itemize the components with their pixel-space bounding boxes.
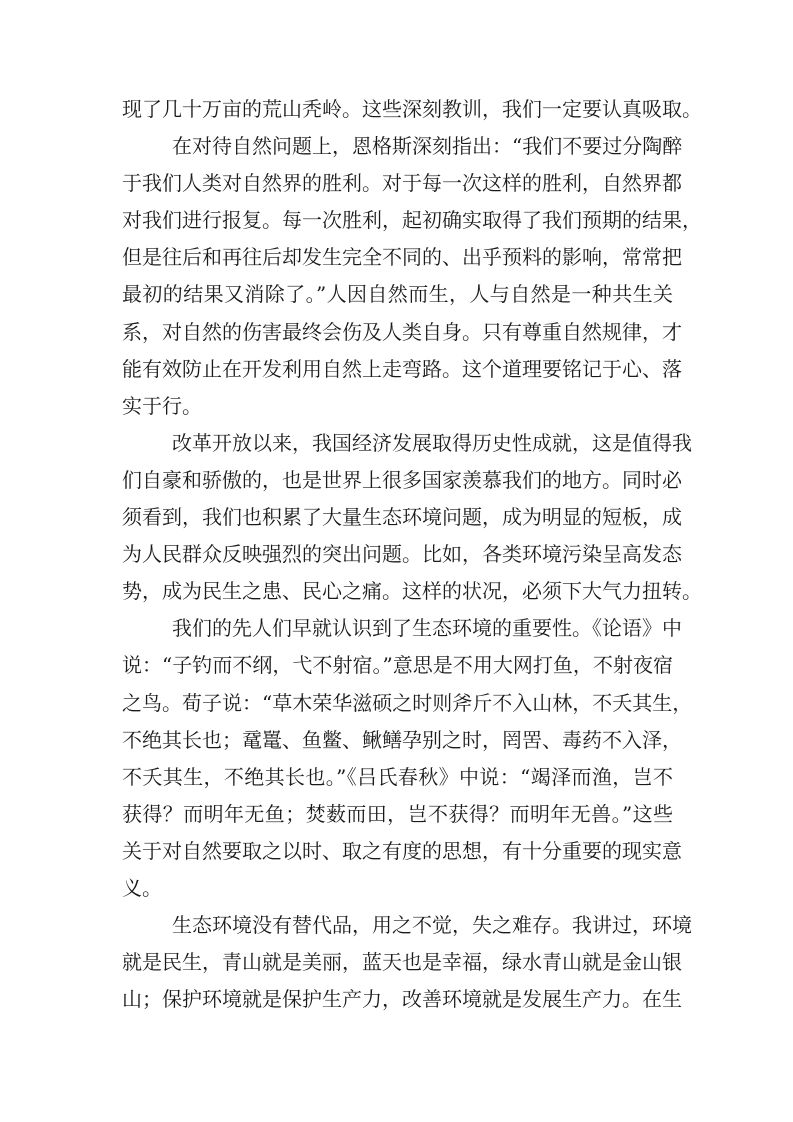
text-line: 现了几十万亩的荒山秃岭。这些深刻教训，我们一定要认真吸取。 xyxy=(122,91,673,128)
text-line: 说：“子钓而不纲，弋不射宿。”意思是不用大网打鱼，不射夜宿 xyxy=(122,647,673,684)
text-line: 关于对自然要取之以时、取之有度的思想，有十分重要的现实意 xyxy=(122,833,673,870)
text-line: 但是往后和再往后却发生完全不同的、出乎预料的影响，常常把 xyxy=(122,239,673,276)
text-line: 获得？而明年无鱼；焚薮而田，岂不获得？而明年无兽。”这些 xyxy=(122,796,673,833)
body-text: 现了几十万亩的荒山秃岭。这些深刻教训，我们一定要认真吸取。在对待自然问题上，恩格… xyxy=(122,91,673,1018)
text-line: 系，对自然的伤害最终会伤及人类自身。只有尊重自然规律，才 xyxy=(122,314,673,351)
text-line: 能有效防止在开发利用自然上走弯路。这个道理要铭记于心、落 xyxy=(122,351,673,388)
paragraph: 在对待自然问题上，恩格斯深刻指出：“我们不要过分陶醉于我们人类对自然界的胜利。对… xyxy=(122,128,673,425)
text-line: 义。 xyxy=(122,870,673,907)
text-line: 我们的先人们早就认识到了生态环境的重要性。《论语》中 xyxy=(122,610,673,647)
text-line: 不夭其生，不绝其长也。”《吕氏春秋》中说：“竭泽而渔，岂不 xyxy=(122,759,673,796)
text-line: 不绝其长也；鼋鼍、鱼鳖、鳅鳝孕别之时，罔罟、毒药不入泽， xyxy=(122,722,673,759)
text-line: 生态环境没有替代品，用之不觉，失之难存。我讲过，环境 xyxy=(122,907,673,944)
text-line: 势，成为民生之患、民心之痛。这样的状况，必须下大气力扭转。 xyxy=(122,573,673,610)
paragraph: 生态环境没有替代品，用之不觉，失之难存。我讲过，环境就是民生，青山就是美丽，蓝天… xyxy=(122,907,673,1018)
text-line: 们自豪和骄傲的，也是世界上很多国家羡慕我们的地方。同时必 xyxy=(122,462,673,499)
text-line: 实于行。 xyxy=(122,388,673,425)
text-line: 之鸟。荀子说：“草木荣华滋硕之时则斧斤不入山林，不夭其生， xyxy=(122,685,673,722)
paragraph: 现了几十万亩的荒山秃岭。这些深刻教训，我们一定要认真吸取。 xyxy=(122,91,673,128)
paragraph: 改革开放以来，我国经济发展取得历史性成就，这是值得我们自豪和骄傲的，也是世界上很… xyxy=(122,425,673,610)
text-line: 改革开放以来，我国经济发展取得历史性成就，这是值得我 xyxy=(122,425,673,462)
text-line: 须看到，我们也积累了大量生态环境问题，成为明显的短板，成 xyxy=(122,499,673,536)
paragraph: 我们的先人们早就认识到了生态环境的重要性。《论语》中说：“子钓而不纲，弋不射宿。… xyxy=(122,610,673,907)
text-line: 山；保护环境就是保护生产力，改善环境就是发展生产力。在生 xyxy=(122,981,673,1018)
text-line: 就是民生，青山就是美丽，蓝天也是幸福，绿水青山就是金山银 xyxy=(122,944,673,981)
text-line: 最初的结果又消除了。”人因自然而生，人与自然是一种共生关 xyxy=(122,276,673,313)
text-line: 对我们进行报复。每一次胜利，起初确实取得了我们预期的结果， xyxy=(122,202,673,239)
text-line: 为人民群众反映强烈的突出问题。比如，各类环境污染呈高发态 xyxy=(122,536,673,573)
text-line: 于我们人类对自然界的胜利。对于每一次这样的胜利，自然界都 xyxy=(122,165,673,202)
text-line: 在对待自然问题上，恩格斯深刻指出：“我们不要过分陶醉 xyxy=(122,128,673,165)
document-page: 现了几十万亩的荒山秃岭。这些深刻教训，我们一定要认真吸取。在对待自然问题上，恩格… xyxy=(0,0,793,1122)
